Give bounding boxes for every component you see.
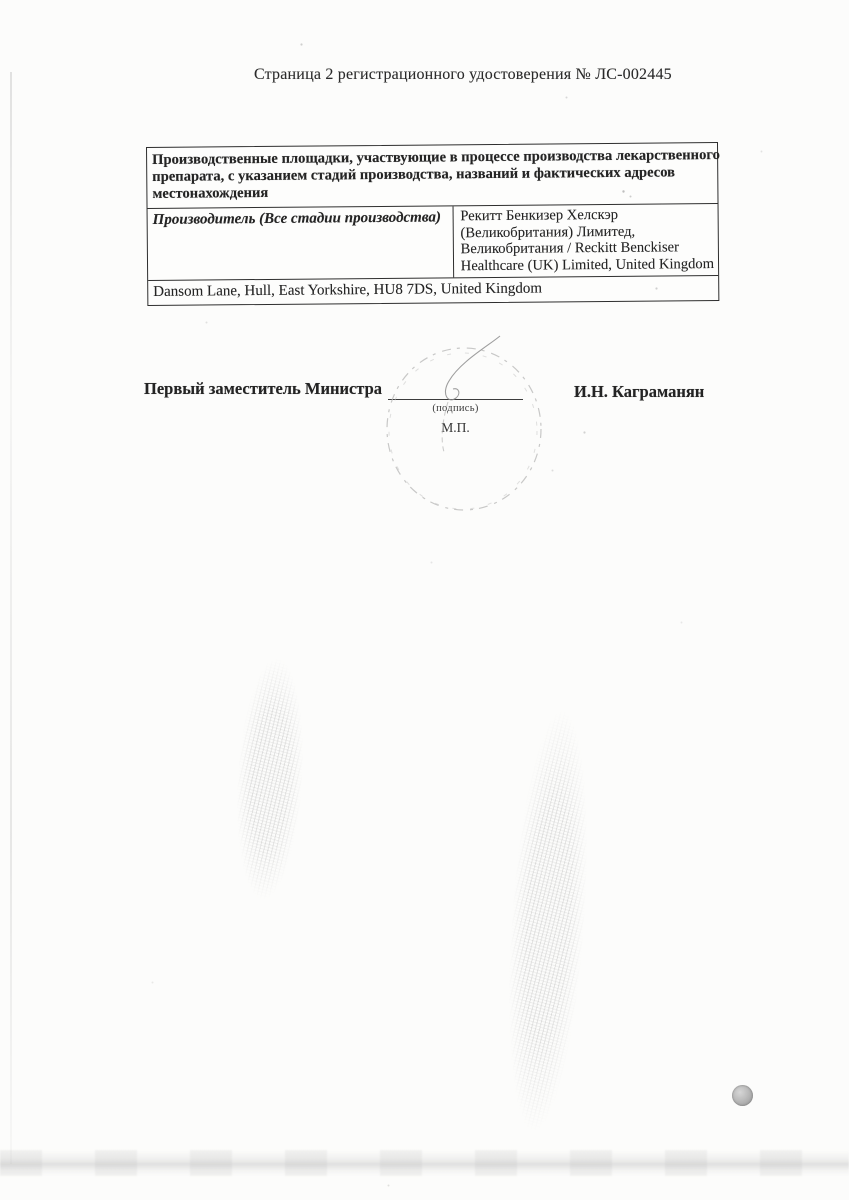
address-cell: Dansom Lane, Hull, East Yorkshire, HU8 7… xyxy=(148,275,718,305)
ink-bleed-artifact xyxy=(496,694,599,1148)
table-header-line: местонахождения xyxy=(152,181,711,203)
seal-caption: М.П. xyxy=(388,420,523,436)
scan-edge-line xyxy=(10,72,12,1164)
manufacturer-value-cell: Рекитт Бенкизер Хелскэр (Великобритания)… xyxy=(452,204,718,278)
manufacturer-value-line: Healthcare (UK) Limited, United Kingdom xyxy=(461,256,714,275)
signature-line xyxy=(388,384,523,400)
official-name: И.Н. Каграманян xyxy=(574,382,704,402)
punch-hole-mark xyxy=(732,1085,753,1106)
page-title: Страница 2 регистрационного удостоверени… xyxy=(254,66,672,84)
table-header-cell: Производственные площадки, участвующие в… xyxy=(147,143,718,208)
manufacturer-row: Производитель (Все стадии производства) … xyxy=(148,203,719,280)
scanned-document-page: Страница 2 регистрационного удостоверени… xyxy=(0,0,849,1200)
production-sites-table: Производственные площадки, участвующие в… xyxy=(146,142,719,306)
signature-caption: (подпись) xyxy=(388,403,523,414)
ink-bleed-artifact xyxy=(230,648,310,909)
official-title: Первый заместитель Министра xyxy=(144,379,382,399)
manufacturer-label-cell: Производитель (Все стадии производства) xyxy=(148,206,453,280)
paper-speckles xyxy=(0,0,1,1)
manufacturer-value-line: Великобритания / Reckitt Benckiser xyxy=(461,239,714,258)
scan-smudge-band xyxy=(0,1150,849,1176)
